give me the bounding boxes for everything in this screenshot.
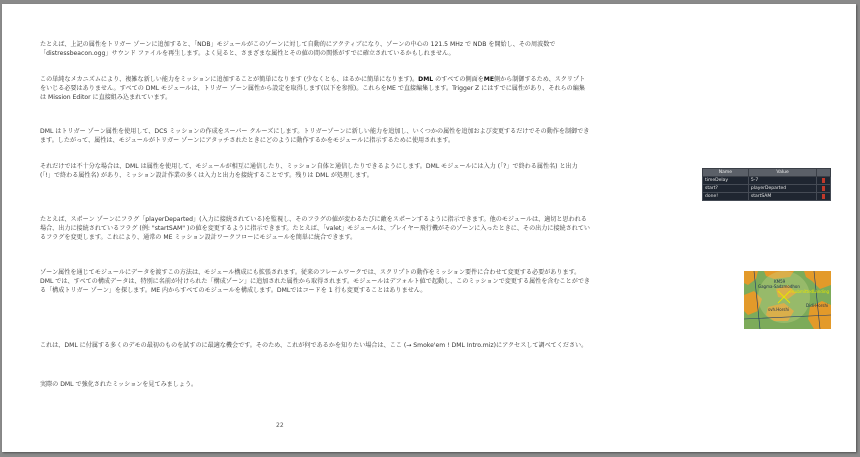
paragraph-config-zones: ゾーン属性を通じてモジュールにデータを渡すこの方法は、モジュール構成にも拡張され… — [40, 268, 590, 296]
attribute-value: playerDeparted — [748, 185, 816, 193]
table-row: start? playerDeparted — [703, 185, 831, 193]
demo-mission-link[interactable]: Smoke'em ! DML Intro.miz — [413, 342, 493, 349]
table-row: timeDelay 5-7 — [703, 177, 831, 185]
paragraph-ndb-example: たとえば、上記の属性をトリガー ゾーンに追加すると、「NDB」モジュールがこのゾ… — [40, 40, 590, 58]
bold-me: ME — [484, 76, 494, 83]
paragraph-text: たとえば、上記の属性をトリガー ゾーンに追加すると、「NDB」モジュールがこのゾ… — [40, 41, 555, 57]
paragraph-text: のすべての側面を — [433, 76, 484, 83]
column-header-value: Value — [748, 169, 816, 177]
trash-icon — [822, 178, 825, 183]
table-row: done! startSAM — [703, 193, 831, 201]
paragraph-inputs-outputs: それだけでは不十分な場合は、DML は属性を使用して、モジュールが相互に通信した… — [40, 162, 590, 180]
map-terrain-graphic — [744, 271, 831, 329]
attribute-value: startSAM — [748, 193, 816, 201]
paragraph-text: それだけでは不十分な場合は、DML は属性を使用して、モジュールが相互に通信した… — [40, 163, 578, 179]
page-number: 22 — [276, 422, 284, 429]
paragraph-text: たとえば、スポーン ゾーンにフラグ「playerDeparted」(入力に接続さ… — [40, 216, 590, 241]
mission-map-image: KM59 Gagma-Sadzmodhon ЯsubmittedLanding … — [744, 271, 831, 329]
trash-icon — [822, 186, 825, 191]
attribute-value: 5-7 — [748, 177, 816, 185]
paragraph-text: DML はトリガー ゾーン属性を使用して、DCS ミッションの作成をスーパー ク… — [40, 128, 589, 144]
column-header-name: Name — [703, 169, 749, 177]
paragraph-spawn-zone-example: たとえば、スポーン ゾーンにフラグ「playerDeparted」(入力に接続さ… — [40, 215, 590, 243]
trigger-zone-attribute-table: Name Value timeDelay 5-7 start? playerDe… — [702, 168, 831, 201]
paragraph-dml-attributes: DML はトリガー ゾーン属性を使用して、DCS ミッションの作成をスーパー ク… — [40, 127, 590, 145]
attribute-name: start? — [703, 185, 749, 193]
attribute-name: done! — [703, 193, 749, 201]
map-label: svh.Horshi — [768, 307, 789, 312]
map-label: Didi-Horshi — [806, 303, 828, 308]
paragraph-demo-link: これは、DML に付属する多くのデモの最初のものを試すのに最適な機会です。そのた… — [40, 341, 590, 350]
trash-icon — [822, 194, 825, 199]
paragraph-text: 実際の DML で強化されたミッションを見てみましょう。 — [40, 381, 197, 388]
attribute-name: timeDelay — [703, 177, 749, 185]
paragraph-text: ゾーン属性を通じてモジュールにデータを渡すこの方法は、モジュール構成にも拡張され… — [40, 269, 590, 294]
paragraph-text: この単純なメカニズムにより、複雑な新しい能力をミッションに追加することが簡単にな… — [40, 76, 418, 83]
bold-dml: DML — [418, 76, 433, 83]
map-label: ЯsubmittedLanding — [790, 289, 829, 294]
paragraph-text: )にアクセスして調べてください。 — [494, 342, 588, 349]
paragraph-text: これは、DML に付属する多くのデモの最初のものを試すのに最適な機会です。そのた… — [40, 342, 413, 349]
document-page: たとえば、上記の属性をトリガー ゾーンに追加すると、「NDB」モジュールがこのゾ… — [2, 4, 856, 452]
paragraph-simple-mechanism: この単純なメカニズムにより、複雑な新しい能力をミッションに追加することが簡単にな… — [40, 75, 590, 103]
paragraph-lets-look: 実際の DML で強化されたミッションを見てみましょう。 — [40, 380, 590, 389]
column-header-action — [817, 169, 831, 177]
